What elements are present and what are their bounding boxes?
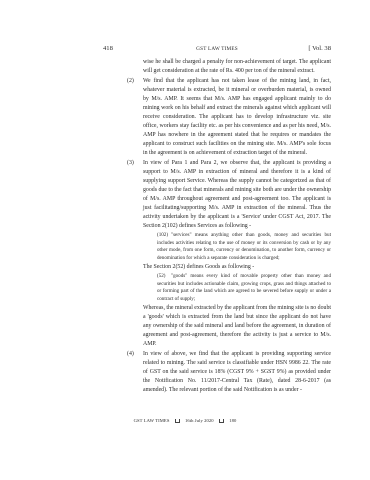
clause-text: "goods" means every kind of movable prop… xyxy=(157,273,331,302)
goods-intro: The Section 2(52) defines Goods as follo… xyxy=(143,263,331,272)
footer-date: 16th July 2020 xyxy=(185,418,214,423)
separator-box-icon xyxy=(175,419,180,423)
page-body: wise he shall be charged a penalty for n… xyxy=(143,58,331,395)
clause-text: "services" means anything other than goo… xyxy=(157,232,331,261)
volume-label: [ Vol. 38 xyxy=(308,45,331,52)
clause-number: (52) xyxy=(157,273,171,281)
running-header: 418 GST LAW TIMES [ Vol. 38 xyxy=(103,45,331,55)
paragraph-2: (2) We find that the applicant has not t… xyxy=(143,77,331,158)
footer-journal: GST LAW TIMES xyxy=(134,418,170,423)
paragraph-4: (4) In view of above, we find that the a… xyxy=(143,350,331,395)
services-definition-quote: (102)"services" means anything other tha… xyxy=(157,232,331,262)
continuation-paragraph: wise he shall be charged a penalty for n… xyxy=(143,58,331,76)
document-page: 418 GST LAW TIMES [ Vol. 38 wise he shal… xyxy=(0,0,370,480)
separator-box-icon xyxy=(219,419,224,423)
goods-definition-quote: (52)"goods" means every kind of movable … xyxy=(157,273,331,303)
paragraph-text: We find that the applicant has not taken… xyxy=(143,77,331,158)
paragraph-text: In view of Para 1 and Para 2, we observe… xyxy=(143,159,331,231)
journal-title: GST LAW TIMES xyxy=(103,46,331,52)
clause-number: (102) xyxy=(157,232,171,240)
paragraph-number: (3) xyxy=(127,159,134,168)
footer-page: 180 xyxy=(229,418,236,423)
paragraph-3: (3) In view of Para 1 and Para 2, we obs… xyxy=(143,159,331,349)
paragraph-number: (4) xyxy=(127,350,134,359)
paragraph-number: (2) xyxy=(127,77,134,86)
running-footer: GST LAW TIMES 16th July 2020 180 xyxy=(0,418,370,423)
paragraph-text: In view of above, we find that the appli… xyxy=(143,350,331,395)
whereas-paragraph: Whereas, the mineral extracted by the ap… xyxy=(143,304,331,349)
